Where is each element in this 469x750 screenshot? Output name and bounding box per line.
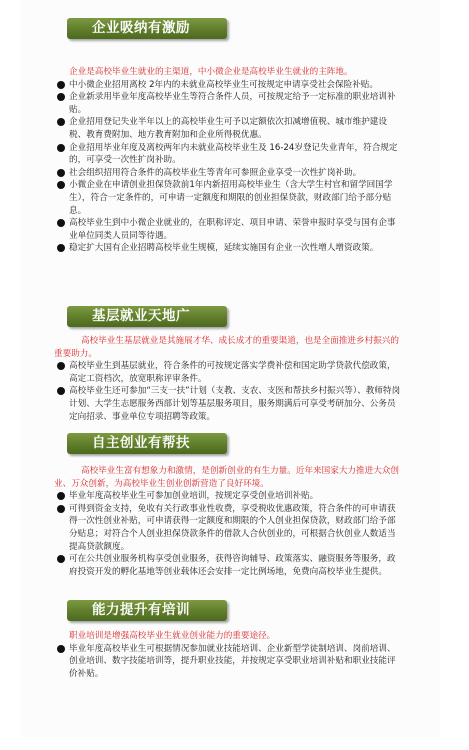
section-training: 职业培训是增强高校毕业生就业创业能力的重要途径。 毕业年度高校毕业生可根据情况参… (57, 630, 402, 680)
policy-list: 中小微企业招用离校 2年内的未就业高校毕业生可按规定申请享受社会保险补贴。 企业… (57, 79, 402, 255)
section-banner-enterprise: 企业吸纳有激励 (67, 18, 227, 39)
list-item: 企业新录用毕业年度高校毕业生等符合条件人员，可按规定给予一定标准的职业培训补贴。 (57, 91, 402, 116)
section-banner-training: 能力提升有培训 (67, 600, 227, 621)
bullet-icon (57, 555, 65, 563)
bullet-icon (57, 244, 65, 252)
section-title: 能力提升有培训 (92, 602, 190, 618)
section-lead: 高校毕业生基层就业是其施展才华、成长成才的重要渠道，也是全面推进乡村振兴的重要助… (54, 335, 402, 360)
list-item: 毕业年度高校毕业生可根据情况参加就业技能培训、企业新型学徒制培训、岗前培训、创业… (57, 643, 402, 681)
list-item: 企业招用登记失业半年以上的高校毕业生可予以定额依次扣减增值税、城市维护建设税、教… (57, 116, 402, 141)
bullet-icon (57, 144, 65, 152)
bullet-icon (57, 362, 65, 370)
section-enterprise: 企业是高校毕业生就业的主渠道，中小微企业是高校毕业生就业的主阵地。 中小微企业招… (57, 66, 402, 255)
section-title: 企业吸纳有激励 (92, 20, 190, 36)
bullet-icon (57, 181, 65, 189)
bullet-icon (57, 118, 65, 126)
list-item: 企业招用毕业年度及离校两年内未就业高校毕业生及 16-24岁登记失业青年，符合规… (57, 142, 402, 167)
list-item: 小微企业在申请创业担保贷款前1年内新招用高校毕业生（含大学生村官和留学回国学生）… (57, 179, 402, 217)
policy-list: 高校毕业生到基层就业，符合条件的可按规定落实学费补偿和国定助学贷款代偿政策，高定… (57, 360, 402, 423)
policy-list: 毕业年度高校毕业生可根据情况参加就业技能培训、企业新型学徒制培训、岗前培训、创业… (57, 643, 402, 681)
list-item: 可在公共创业服务机构享受创业服务，获得咨询辅导、政策落实、融资服务等服务，政府投… (57, 553, 402, 578)
bullet-icon (57, 645, 65, 653)
section-banner-entrepreneurship: 自主创业有帮扶 (67, 433, 227, 454)
list-item: 可得到资金支持，免收有关行政事业性收费，享受税收优惠政策，符合条件的可申请获得一… (57, 503, 402, 553)
section-lead: 职业培训是增强高校毕业生就业创业能力的重要途径。 (57, 630, 402, 643)
bullet-icon (57, 219, 65, 227)
bullet-icon (57, 169, 65, 177)
bullet-icon (57, 387, 65, 395)
list-item: 毕业年度高校毕业生可参加创业培训，按规定享受创业培训补贴。 (57, 490, 402, 503)
list-item: 稳定扩大国有企业招聘高校毕业生规模，延续实施国有企业一次性增人增资政策。 (57, 242, 402, 255)
policy-list: 毕业年度高校毕业生可参加创业培训，按规定享受创业培训补贴。 可得到资金支持，免收… (57, 490, 402, 578)
section-entrepreneurship: 高校毕业生富有想象力和激情，是创新创业的有生力量。近年来国家大力推进大众创业、万… (57, 465, 402, 578)
bullet-icon (57, 93, 65, 101)
list-item: 高校毕业生还可参加“三支一扶”计划（支教、支农、支医和帮扶乡村振兴等）、教师特岗… (57, 385, 402, 423)
list-item: 社会组织招用符合条件的高校毕业生等青年可参照企业享受一次性扩岗补助。 (57, 167, 402, 180)
bullet-icon (57, 505, 65, 513)
bullet-icon (57, 492, 65, 500)
section-title: 基层就业天地广 (92, 308, 190, 324)
list-item: 高校毕业生到基层就业，符合条件的可按规定落实学费补偿和国定助学贷款代偿政策，高定… (57, 360, 402, 385)
list-item: 高校毕业生到中小微企业就业的，在职称评定、项目申请、荣誉申报时享受与国有企事业单… (57, 217, 402, 242)
section-lead: 企业是高校毕业生就业的主渠道，中小微企业是高校毕业生就业的主阵地。 (57, 66, 402, 79)
list-item: 中小微企业招用离校 2年内的未就业高校毕业生可按规定申请享受社会保险补贴。 (57, 79, 402, 92)
section-grassroots: 高校毕业生基层就业是其施展才华、成长成才的重要渠道，也是全面推进乡村振兴的重要助… (57, 335, 402, 423)
section-lead: 高校毕业生富有想象力和激情，是创新创业的有生力量。近年来国家大力推进大众创业、万… (54, 465, 402, 490)
section-title: 自主创业有帮扶 (92, 435, 190, 451)
section-banner-grassroots: 基层就业天地广 (67, 306, 227, 327)
bullet-icon (57, 81, 65, 89)
